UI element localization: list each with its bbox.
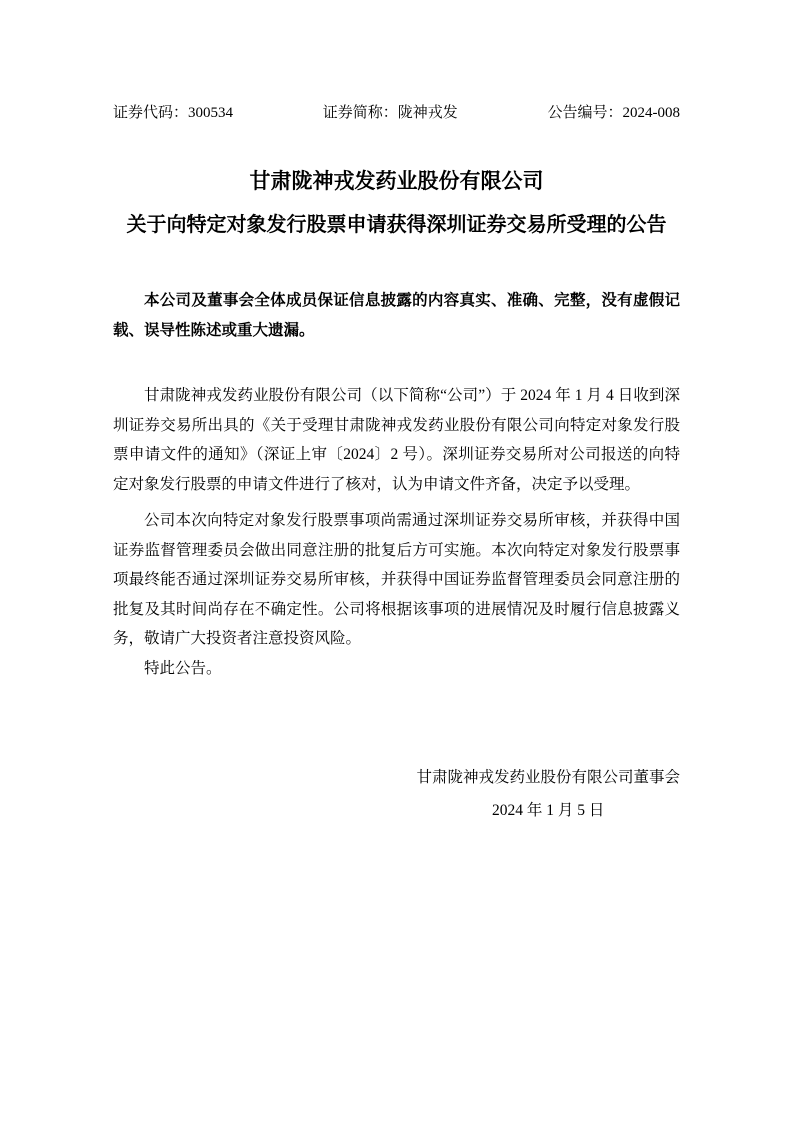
body-paragraph-2: 公司本次向特定对象发行股票事项尚需通过深圳证券交易所审核，并获得中国证券监督管理… [113,506,680,654]
announcement-number-label: 公告编号：2024-008 [548,104,681,123]
announcement-page: 证券代码：300534 证券简称：陇神戎发 公告编号：2024-008 甘肃陇神… [0,0,793,1122]
securities-header-row: 证券代码：300534 证券简称：陇神戎发 公告编号：2024-008 [113,104,680,123]
disclaimer-paragraph: 本公司及董事会全体成员保证信息披露的内容真实、准确、完整，没有虚假记载、误导性陈… [113,286,680,345]
signature-block: 甘肃陇神戎发药业股份有限公司董事会 2024 年 1 月 5 日 [416,763,680,826]
closing-statement: 特此公告。 [113,654,680,684]
announcement-title: 关于向特定对象发行股票申请获得深圳证券交易所受理的公告 [113,212,680,238]
stock-code-label: 证券代码：300534 [113,104,233,123]
company-title: 甘肃陇神戎发药业股份有限公司 [113,168,680,194]
signature-company: 甘肃陇神戎发药业股份有限公司董事会 [416,763,680,793]
body-paragraph-1: 甘肃陇神戎发药业股份有限公司（以下简称“公司”）于 2024 年 1 月 4 日… [113,381,680,499]
signature-date: 2024 年 1 月 5 日 [416,796,680,826]
stock-name-label: 证券简称：陇神戎发 [323,104,458,123]
